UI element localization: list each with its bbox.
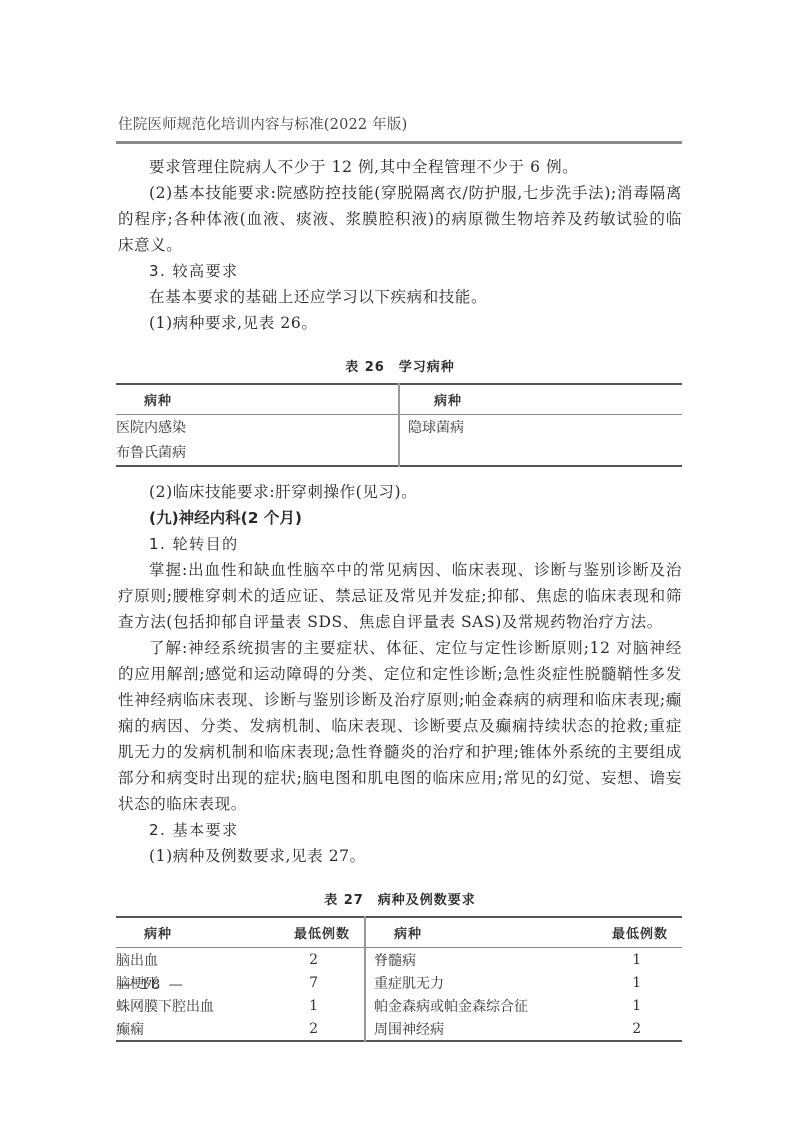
table-cell: 蛛网膜下腔出血 — [116, 994, 263, 1017]
table-row: 癫痫 2 周围神经病 2 — [116, 1017, 682, 1041]
column-header: 最低例数 — [263, 917, 365, 948]
table-row: 脑出血 2 脊髓病 1 — [116, 948, 682, 972]
paragraph: (2)基本技能要求:院感防控技能(穿脱隔离衣/防护服,七步洗手法);消毒隔离的程… — [118, 180, 682, 258]
table-cell — [399, 438, 682, 466]
table-cell: 2 — [591, 1017, 682, 1041]
paragraph: 了解:神经系统损害的主要症状、体征、定位与定性诊断原则;12 对脑神经的应用解剖… — [118, 635, 682, 817]
table-cell: 脑出血 — [116, 948, 263, 972]
table-row: 脑梗死 7 重症肌无力 1 — [116, 971, 682, 994]
table-cell: 2 — [263, 1017, 365, 1041]
subheading: 1. 轮转目的 — [118, 531, 682, 557]
table-cell: 隐球菌病 — [399, 415, 682, 439]
table-26: 病种 病种 医院内感染 隐球菌病 布鲁氏菌病 — [116, 383, 682, 467]
paragraph: 掌握:出血性和缺血性脑卒中的常见病因、临床表现、诊断与鉴别诊断及治疗原则;腰椎穿… — [118, 557, 682, 635]
table-caption: 表 27 病种及例数要求 — [118, 889, 682, 908]
column-header: 病种 — [399, 384, 682, 415]
running-title: 住院医师规范化培训内容与标准(2022 年版) — [118, 113, 407, 134]
paragraph: (1)病种及例数要求,见表 27。 — [118, 843, 682, 869]
section-heading: (九)神经内科(2 个月) — [118, 505, 682, 531]
column-header: 病种 — [116, 917, 263, 948]
page-number: — 18 — — [118, 977, 185, 993]
table-cell: 2 — [263, 948, 365, 972]
column-header: 最低例数 — [591, 917, 682, 948]
subheading: 2. 基本要求 — [118, 817, 682, 843]
table-cell: 1 — [591, 948, 682, 972]
table-cell: 癫痫 — [116, 1017, 263, 1041]
table-cell: 7 — [263, 971, 365, 994]
table-row: 蛛网膜下腔出血 1 帕金森病或帕金森综合征 1 — [116, 994, 682, 1017]
header-rule — [116, 141, 682, 144]
table-cell: 周围神经病 — [365, 1017, 591, 1041]
table-cell: 1 — [591, 971, 682, 994]
table-cell: 1 — [591, 994, 682, 1017]
column-header: 病种 — [116, 384, 399, 415]
table-cell: 1 — [263, 994, 365, 1017]
paragraph: (2)临床技能要求:肝穿刺操作(见习)。 — [118, 479, 682, 505]
paragraph: 要求管理住院病人不少于 12 例,其中全程管理不少于 6 例。 — [118, 154, 682, 180]
table-caption: 表 26 学习病种 — [118, 356, 682, 375]
table-cell: 帕金森病或帕金森综合征 — [365, 994, 591, 1017]
table-cell: 脊髓病 — [365, 948, 591, 972]
table-cell: 布鲁氏菌病 — [116, 438, 399, 466]
column-header: 病种 — [365, 917, 591, 948]
table-cell: 医院内感染 — [116, 415, 399, 439]
paragraph: (1)病种要求,见表 26。 — [118, 310, 682, 336]
table-27: 病种 最低例数 病种 最低例数 脑出血 2 脊髓病 1 脑梗死 7 重症肌无力 … — [116, 916, 682, 1042]
subheading: 3. 较高要求 — [118, 258, 682, 284]
table-cell: 重症肌无力 — [365, 971, 591, 994]
paragraph: 在基本要求的基础上还应学习以下疾病和技能。 — [118, 284, 682, 310]
page-content: 要求管理住院病人不少于 12 例,其中全程管理不少于 6 例。 (2)基本技能要… — [118, 150, 682, 1042]
